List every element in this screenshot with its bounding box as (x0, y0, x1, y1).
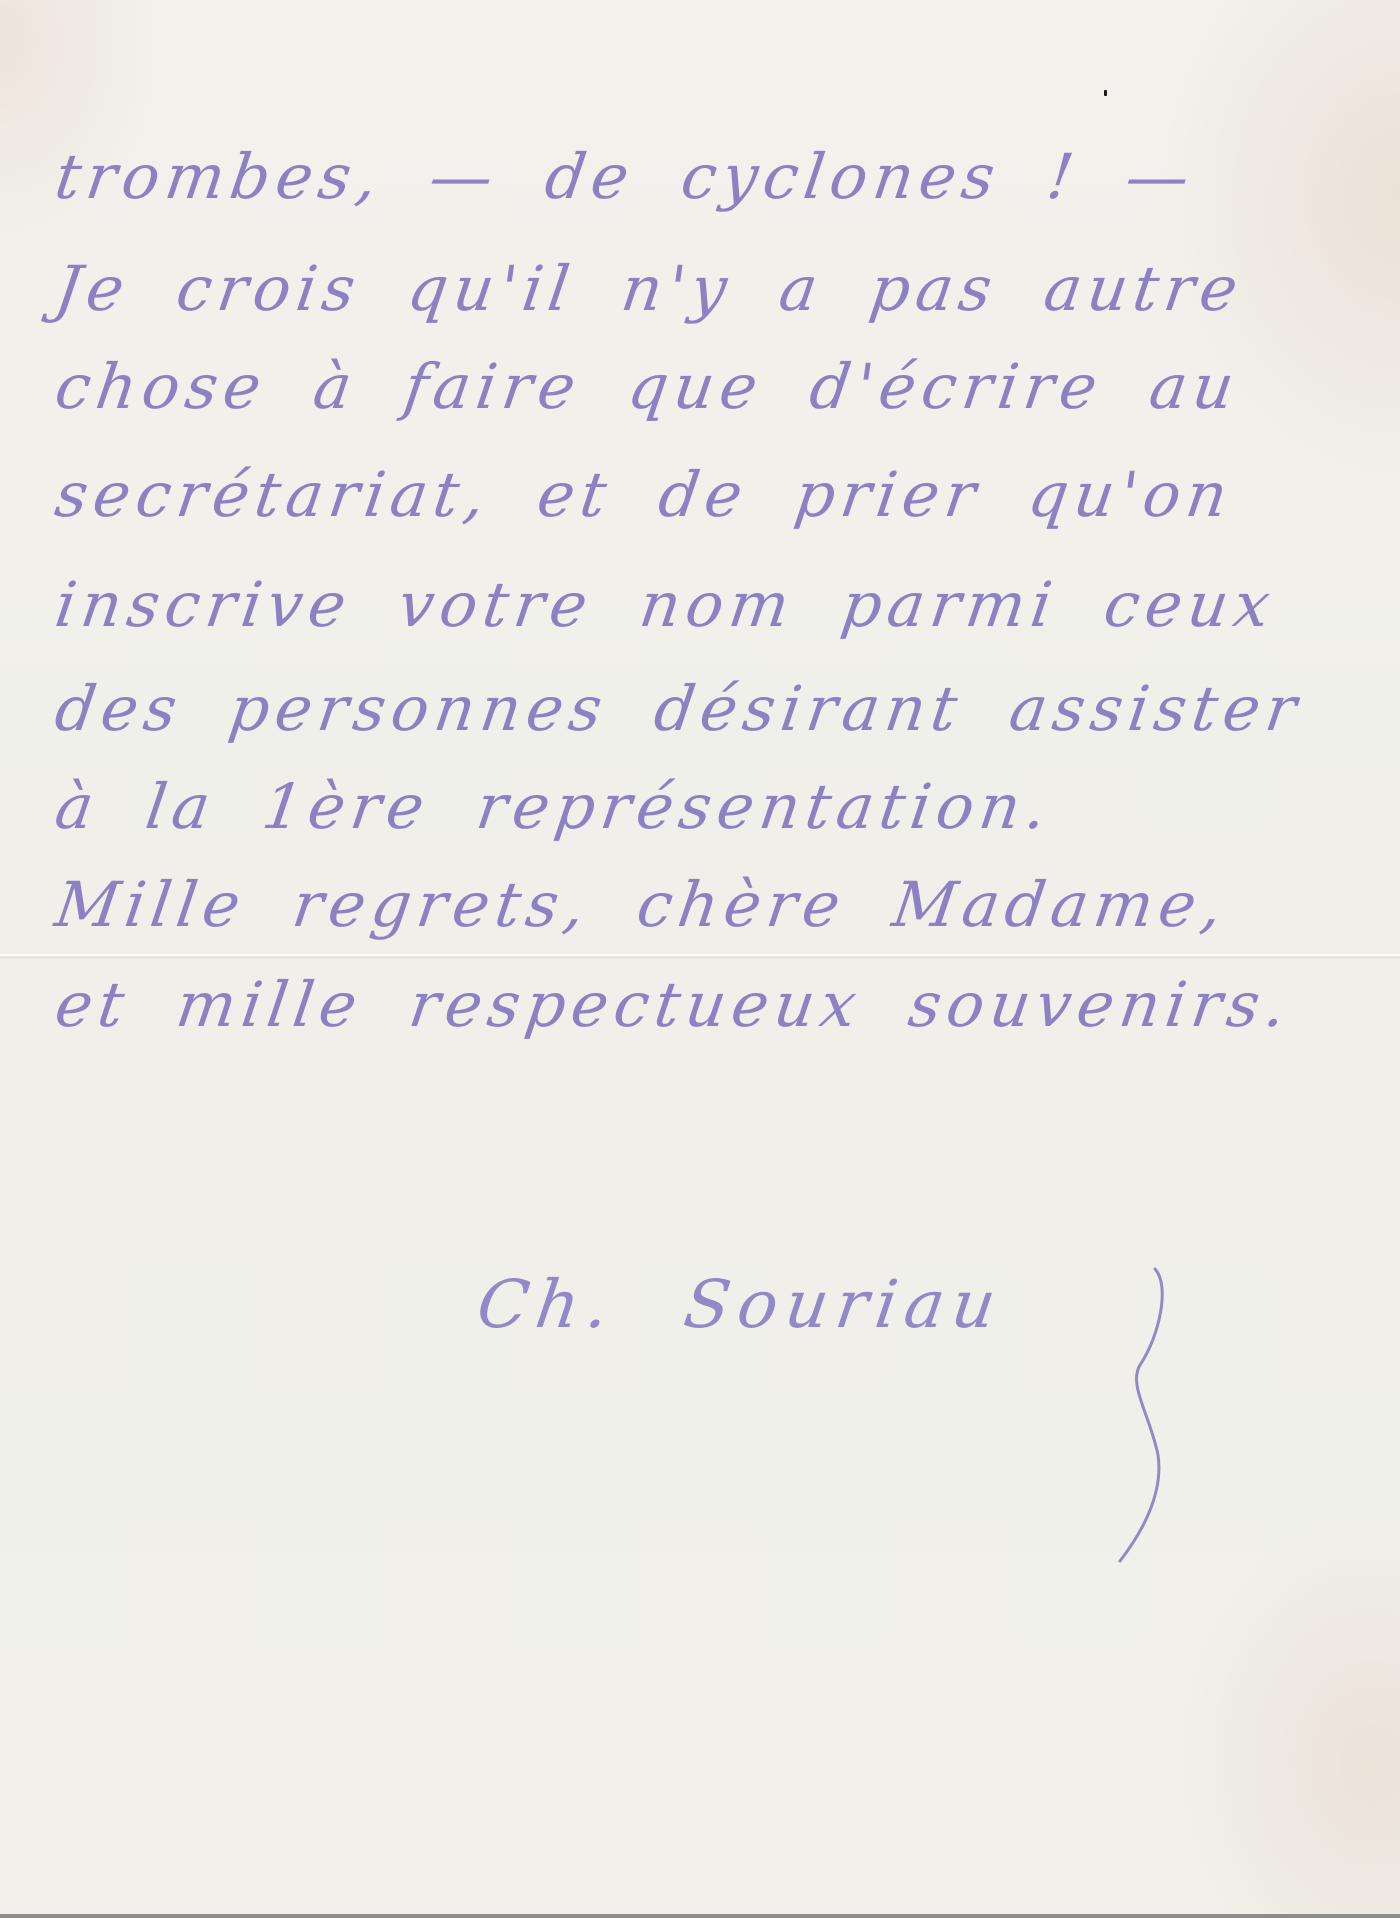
letter-page: trombes, — de cyclones ! — Je crois qu'i… (0, 0, 1400, 1918)
letter-line-7: à la 1ère représentation. (51, 770, 1057, 843)
letter-line-6: des personnes désirant assister (51, 672, 1307, 745)
ink-speck (1104, 90, 1107, 96)
letter-line-9: et mille respectueux souvenirs. (51, 968, 1296, 1041)
letter-line-3: chose à faire que d'écrire au (51, 350, 1244, 423)
letter-line-2: Je crois qu'il n'y a pas autre (51, 252, 1248, 325)
signature: Ch. Souriau (473, 1266, 1009, 1343)
letter-line-1: trombes, — de cyclones ! — (51, 140, 1200, 213)
paper-fold-crease (0, 953, 1400, 959)
page-bottom-edge (0, 1914, 1400, 1918)
letter-line-4: secrétariat, et de prier qu'on (51, 458, 1238, 531)
letter-line-8: Mille regrets, chère Madame, (51, 868, 1233, 941)
signature-flourish-icon (1100, 1265, 1180, 1565)
letter-line-5: inscrive votre nom parmi ceux (51, 568, 1280, 641)
